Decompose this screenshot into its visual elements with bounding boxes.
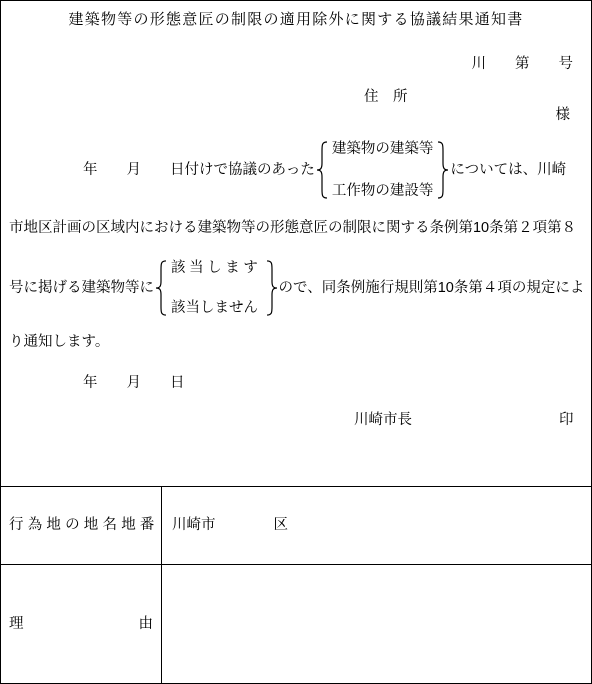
table-row-site-address: 行為地の地名地番 川崎市 区 (1, 487, 591, 565)
address-label: 住 所 (364, 90, 408, 105)
applicability-lead: 号に掲げる建築物等に (9, 281, 154, 296)
consultation-tail: については、川崎 (450, 163, 566, 178)
detail-table: 行為地の地名地番 川崎市 区 理 由 (1, 486, 591, 683)
site-address-header-label: 行為地の地名地番 (9, 518, 159, 533)
table-row-reason: 理 由 (1, 565, 591, 683)
document-number-line: 川 第 号 (472, 57, 574, 72)
applicability-choices: 該当します 該当しません (171, 260, 262, 316)
site-address-header-cell: 行為地の地名地番 (1, 487, 162, 564)
choice-applicable: 該当します (171, 261, 262, 276)
page-title: 建築物等の形態意匠の制限の適用除外に関する協議結果通知書 (1, 12, 591, 27)
right-brace-icon (436, 141, 450, 199)
closing-line: り通知します。 (9, 335, 109, 350)
consultation-sentence: 年 月 日付けで協議のあった 建築物の建築等 工作物の建設等 については、川崎 (9, 141, 591, 199)
date-line: 年 月 日 (83, 376, 185, 391)
choice-structure: 工作物の建設等 (332, 184, 434, 199)
applicability-tail: ので、同条例施行規則第10条第４項の規定によ (279, 281, 585, 296)
site-address-value-cell: 川崎市 区 (162, 487, 591, 564)
consultation-lead: 年 月 日付けで協議のあった (83, 163, 315, 178)
choice-building: 建築物の建築等 (332, 142, 434, 157)
seal-mark: 印 (559, 413, 574, 428)
left-brace-icon (315, 141, 329, 199)
reason-header-label-end: 由 (139, 617, 154, 632)
consultation-choices: 建築物の建築等 工作物の建設等 (332, 141, 434, 199)
reason-header-cell: 理 由 (1, 565, 162, 683)
right-brace-icon (265, 260, 279, 316)
recipient-honorific: 様 (556, 108, 571, 123)
reason-header-label-start: 理 (9, 617, 24, 632)
reason-value-cell (162, 565, 591, 683)
choice-not-applicable: 該当しません (171, 301, 262, 316)
mayor-signature-label: 川崎市長 (354, 413, 412, 428)
left-brace-icon (154, 260, 168, 316)
applicability-sentence: 号に掲げる建築物等に 該当します 該当しません ので、同条例施行規則第10条第４… (9, 260, 591, 316)
ordinance-body-line: 市地区計画の区域内における建築物等の形態意匠の制限に関する条例第10条第２項第８ (9, 221, 589, 236)
notification-form-page: 建築物等の形態意匠の制限の適用除外に関する協議結果通知書 川 第 号 住 所 様… (0, 0, 592, 684)
